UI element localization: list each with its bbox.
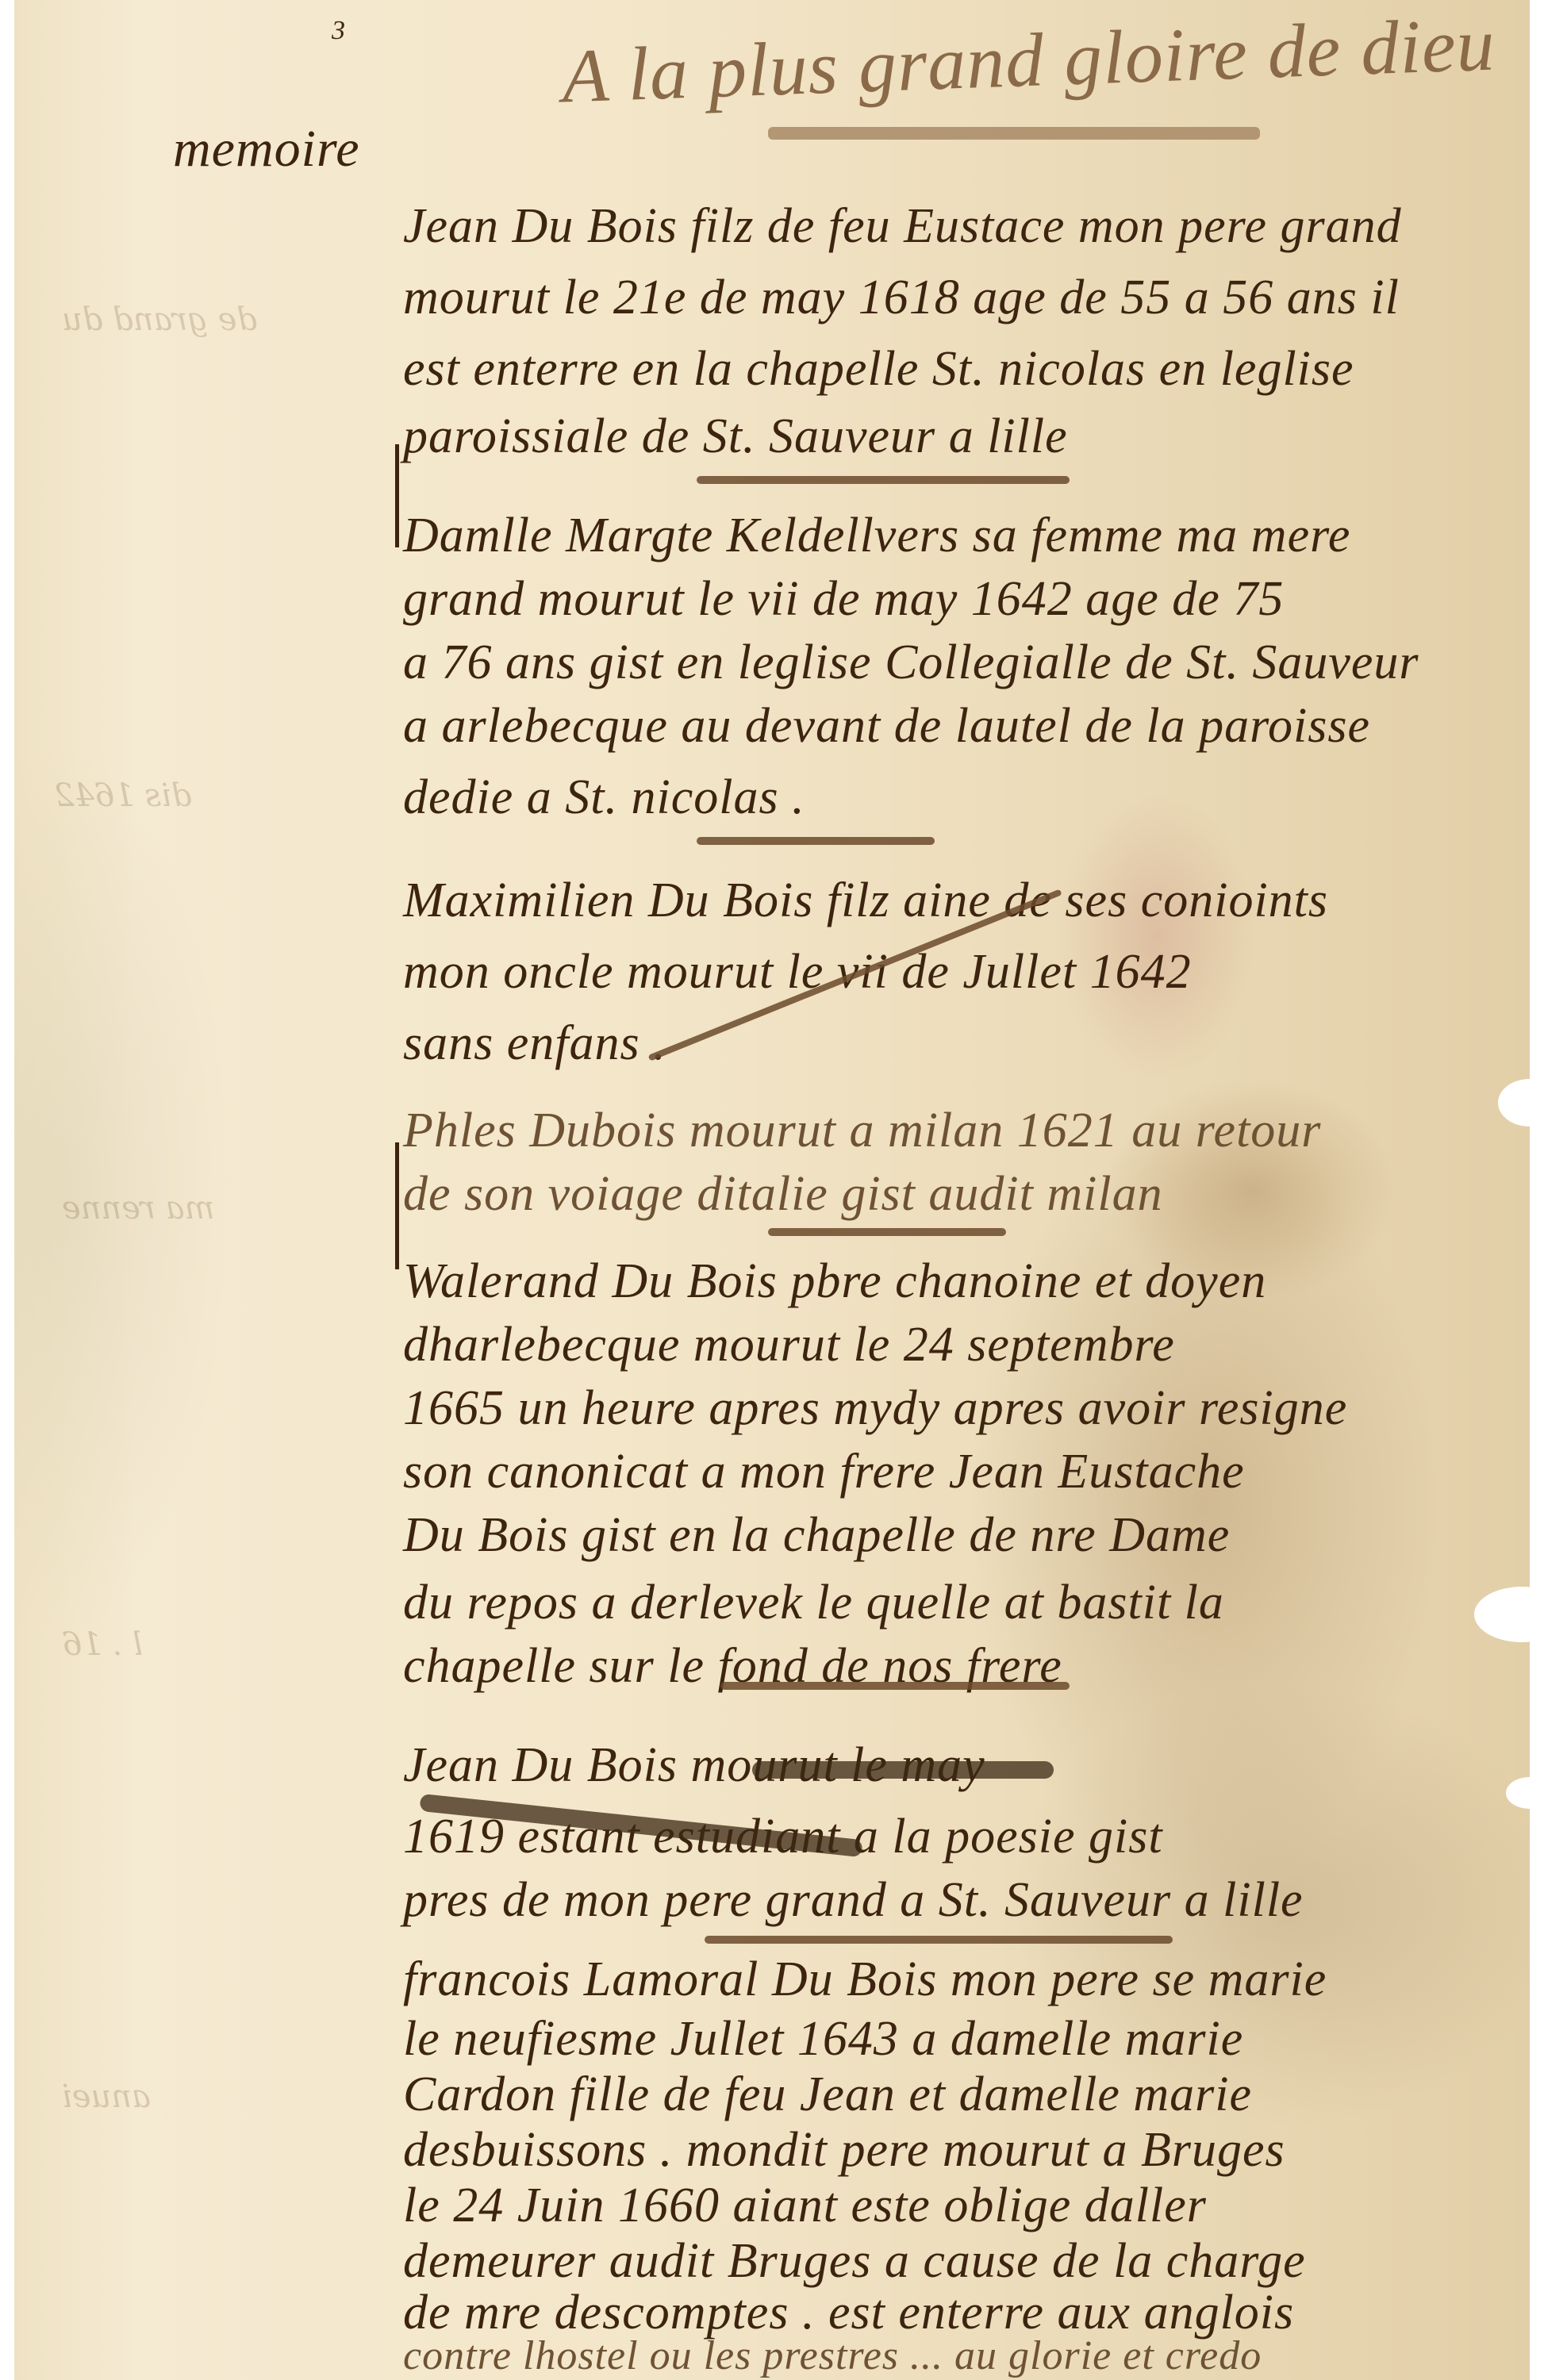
entry-line: contre lhostel ou les prestres ... au gl… (403, 2332, 1262, 2379)
entry-line: a arlebecque au devant de lautel de la p… (403, 698, 1370, 754)
entry-divider (720, 1682, 1070, 1690)
entry-line: mourut le 21e de may 1618 age de 55 a 56… (403, 270, 1400, 326)
entry-line: Phles Dubois mourut a milan 1621 au reto… (403, 1103, 1321, 1159)
entry-line: dedie a St. nicolas . (403, 770, 805, 826)
torn-edge (1506, 1777, 1544, 1809)
entry-line: grand mourut le vii de may 1642 age de 7… (403, 571, 1284, 628)
entry-line: mon oncle mourut le vii de Jullet 1642 (403, 944, 1192, 1000)
entry-line: le neufiesme Jullet 1643 a damelle marie (403, 2011, 1243, 2067)
bleed-through-text: de grand du (62, 301, 257, 338)
entry-line: Cardon fille de feu Jean et damelle mari… (403, 2067, 1252, 2123)
bleed-through-text: dis 1642 (54, 777, 191, 814)
margin-bracket (395, 444, 399, 547)
bleed-through-text: anuei (62, 2079, 151, 2115)
torn-edge (1498, 1079, 1544, 1127)
torn-edge (1474, 1587, 1544, 1642)
entry-line: 1665 un heure apres mydy apres avoir res… (403, 1380, 1347, 1437)
entry-line: Maximilien Du Bois filz aine de ses coni… (403, 873, 1328, 929)
page-number-mark: 3 (332, 16, 346, 46)
entry-line: Walerand Du Bois pbre chanoine et doyen (403, 1253, 1266, 1310)
entry-divider (705, 1936, 1173, 1944)
entry-divider (697, 837, 935, 845)
entry-line: demeurer audit Bruges a cause de la char… (403, 2233, 1306, 2290)
entry-line: de son voiage ditalie gist audit milan (403, 1166, 1163, 1223)
invocation-header: A la plus grand gloire de dieu (560, 0, 1496, 120)
manuscript-page: de grand du dis 1642 ma renne l . 16 anu… (14, 0, 1530, 2380)
entry-line: dharlebecque mourut le 24 septembre (403, 1317, 1175, 1373)
entry-line: a 76 ans gist en leglise Collegialle de … (403, 635, 1419, 691)
entry-line: Damlle Margte Keldellvers sa femme ma me… (403, 508, 1350, 564)
bleed-through-text: l . 16 (62, 1626, 143, 1663)
entry-line: Jean Du Bois filz de feu Eustace mon per… (403, 198, 1402, 255)
margin-title: memoire (173, 119, 360, 179)
strikethrough-mark (752, 1761, 1054, 1779)
entry-line: est enterre en la chapelle St. nicolas e… (403, 341, 1354, 397)
header-flourish (768, 127, 1260, 140)
entry-line: pres de mon pere grand a St. Sauveur a l… (403, 1872, 1304, 1929)
entry-line: son canonicat a mon frere Jean Eustache (403, 1444, 1245, 1500)
entry-line: desbuissons . mondit pere mourut a Bruge… (403, 2122, 1285, 2178)
entry-divider (697, 476, 1070, 484)
entry-divider (768, 1228, 1006, 1236)
entry-line: sans enfans . (403, 1015, 666, 1072)
entry-line: francois Lamoral Du Bois mon pere se mar… (403, 1952, 1327, 2008)
entry-line: le 24 Juin 1660 aiant este oblige daller (403, 2178, 1207, 2234)
entry-line: Du Bois gist en la chapelle de nre Dame (403, 1507, 1230, 1564)
margin-bracket (395, 1142, 399, 1269)
bleed-through-text: ma renne (62, 1190, 214, 1226)
entry-line: paroissiale de St. Sauveur a lille (403, 409, 1068, 465)
entry-line: du repos a derlevek le quelle at bastit … (403, 1575, 1224, 1631)
